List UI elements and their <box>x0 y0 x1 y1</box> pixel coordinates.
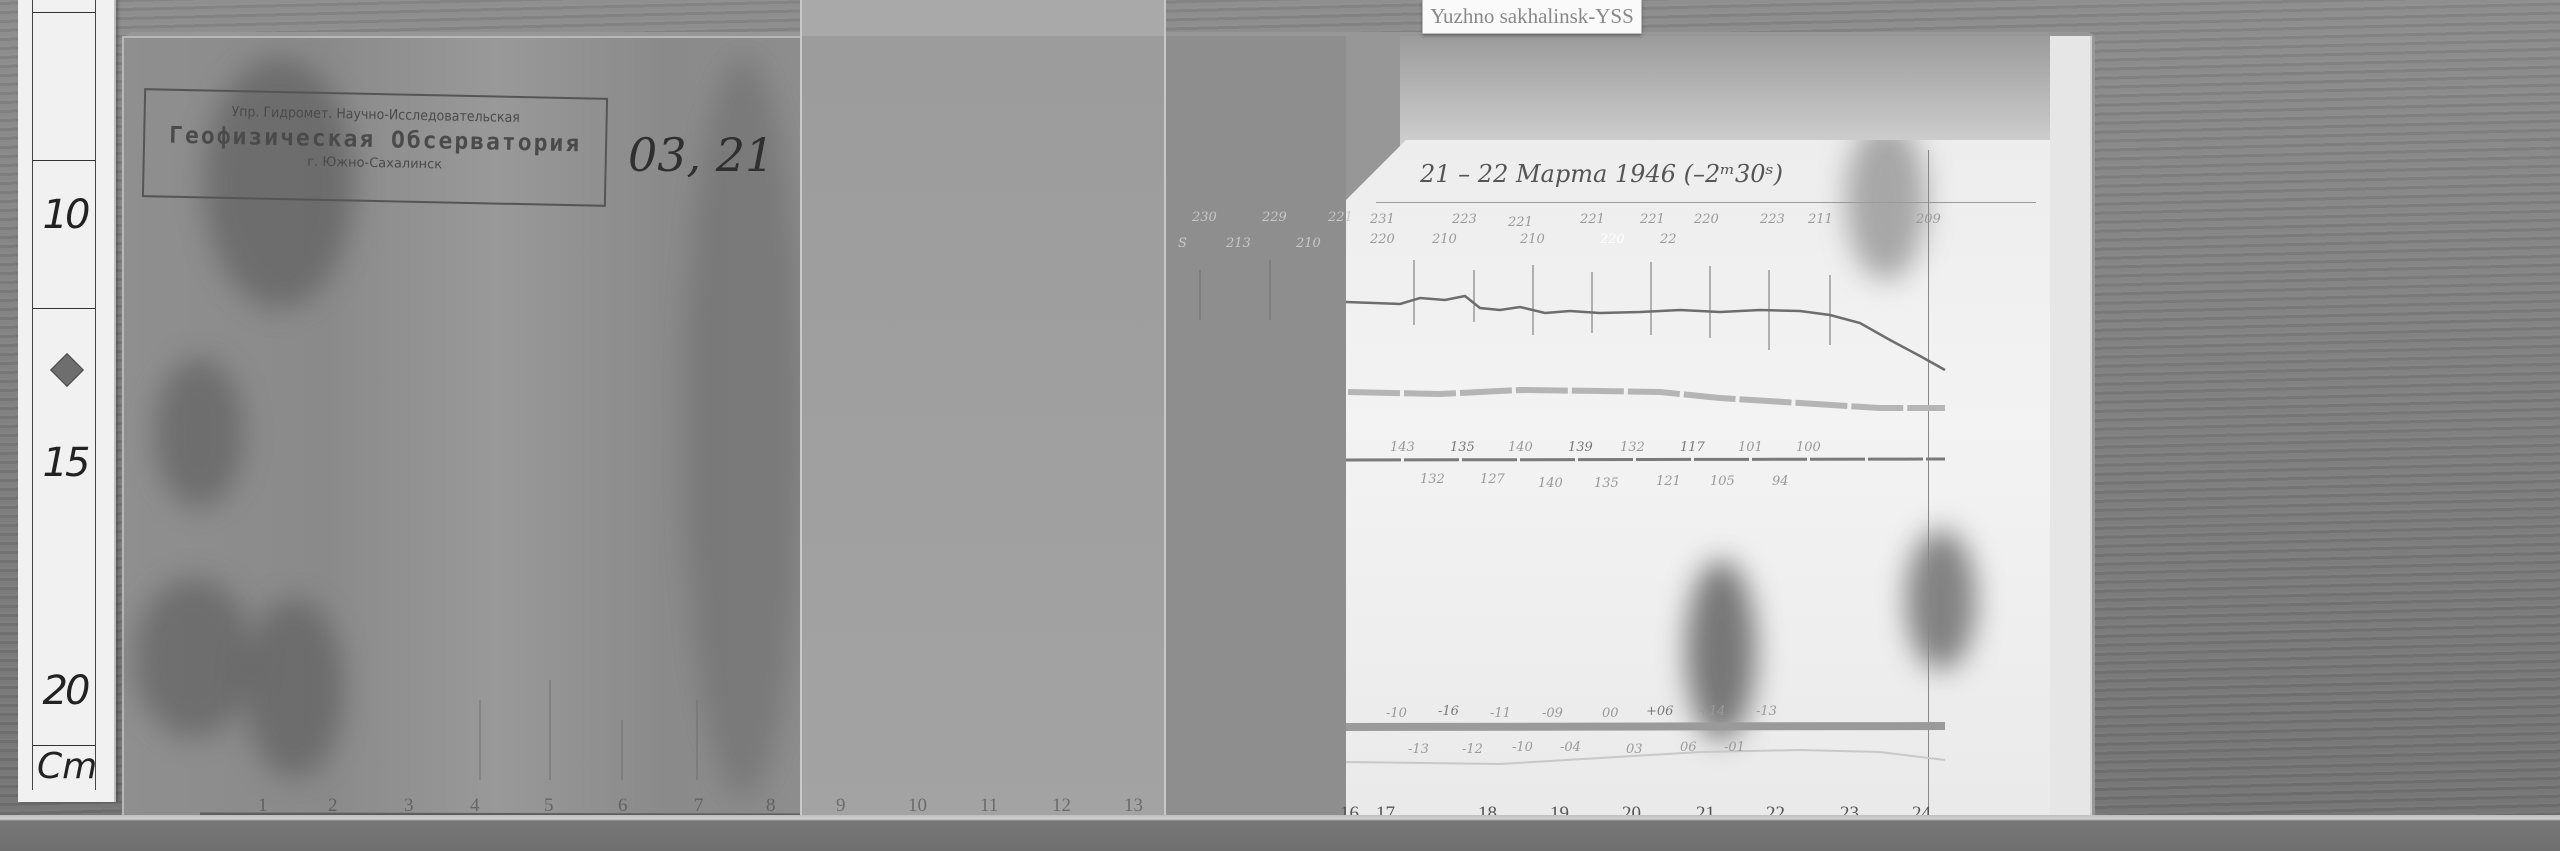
annotation: 223 <box>1760 212 1785 227</box>
annotation: -13 <box>1756 704 1777 719</box>
hour-label: 5 <box>544 795 554 817</box>
annotation: 101 <box>1738 440 1763 455</box>
annotation: 127 <box>1480 472 1505 487</box>
hour-label: 11 <box>980 795 998 817</box>
annotation: 211 <box>1808 212 1833 227</box>
annotation: 210 <box>1432 232 1457 247</box>
baseline-trace <box>1346 459 1945 460</box>
annotation: -09 <box>1542 706 1563 721</box>
annotation: 209 <box>1916 212 1941 227</box>
annotation: 229 <box>1262 210 1287 225</box>
table-edge-rail <box>0 815 2560 851</box>
annotation: 100 <box>1796 440 1821 455</box>
annotation: -10 <box>1512 740 1533 755</box>
hour-label: 9 <box>836 795 846 817</box>
hour-marks <box>480 260 1830 780</box>
annotation: 213 <box>1226 236 1251 251</box>
annotation: 210 <box>1520 232 1545 247</box>
annotation: 94 <box>1772 474 1789 489</box>
annotation: 221 <box>1640 212 1665 227</box>
hour-label: 10 <box>908 795 927 817</box>
annotation: +06 <box>1646 704 1673 719</box>
annotation: 220 <box>1370 232 1395 247</box>
hour-label: 4 <box>470 795 480 817</box>
hour-label: 3 <box>404 795 414 817</box>
annotation: -16 <box>1438 704 1459 719</box>
temperature-trace <box>1346 750 1945 764</box>
annotation: 03 <box>1626 742 1643 757</box>
annotation: 221 <box>1328 210 1353 225</box>
annotation: 105 <box>1710 474 1735 489</box>
annotation: 143 <box>1390 440 1415 455</box>
annotation: 132 <box>1620 440 1645 455</box>
annotation: 220 <box>1600 232 1625 247</box>
annotation: 139 <box>1568 440 1593 455</box>
magnetogram-traces <box>0 0 2560 851</box>
declination-trace <box>1346 296 1945 370</box>
vertical-trace <box>1346 726 1945 727</box>
annotation: -11 <box>1490 706 1511 721</box>
annotation: 117 <box>1680 440 1705 455</box>
annotation: 230 <box>1192 210 1217 225</box>
annotation: 22 <box>1660 232 1677 247</box>
hour-label: 12 <box>1052 795 1071 817</box>
annotation: 231 <box>1370 212 1395 227</box>
annotation: 121 <box>1656 474 1681 489</box>
annotation: 00 <box>1602 706 1619 721</box>
annotation: -10 <box>1386 706 1407 721</box>
annotation: 223 <box>1452 212 1477 227</box>
annotation: 132 <box>1420 472 1445 487</box>
annotation: -13 <box>1408 742 1429 757</box>
annotation: S <box>1178 236 1187 251</box>
annotation: 135 <box>1450 440 1475 455</box>
annotation: +14 <box>1698 704 1725 719</box>
hour-label: 13 <box>1124 795 1143 817</box>
annotation: 220 <box>1694 212 1719 227</box>
annotation: -04 <box>1560 740 1581 755</box>
annotation: 140 <box>1508 440 1533 455</box>
annotation: 135 <box>1594 476 1619 491</box>
horizontal-trace <box>1348 390 1945 408</box>
annotation: 140 <box>1538 476 1563 491</box>
annotation: 210 <box>1296 236 1321 251</box>
hour-label: 1 <box>258 795 268 817</box>
annotation: 221 <box>1508 215 1533 230</box>
hour-label: 7 <box>694 795 704 817</box>
annotation: -12 <box>1462 742 1483 757</box>
hour-label: 2 <box>328 795 338 817</box>
annotation: -01 <box>1724 740 1745 755</box>
annotation: 06 <box>1680 740 1697 755</box>
annotation: 221 <box>1580 212 1605 227</box>
hour-label: 6 <box>618 795 628 817</box>
hour-label: 8 <box>766 795 776 817</box>
